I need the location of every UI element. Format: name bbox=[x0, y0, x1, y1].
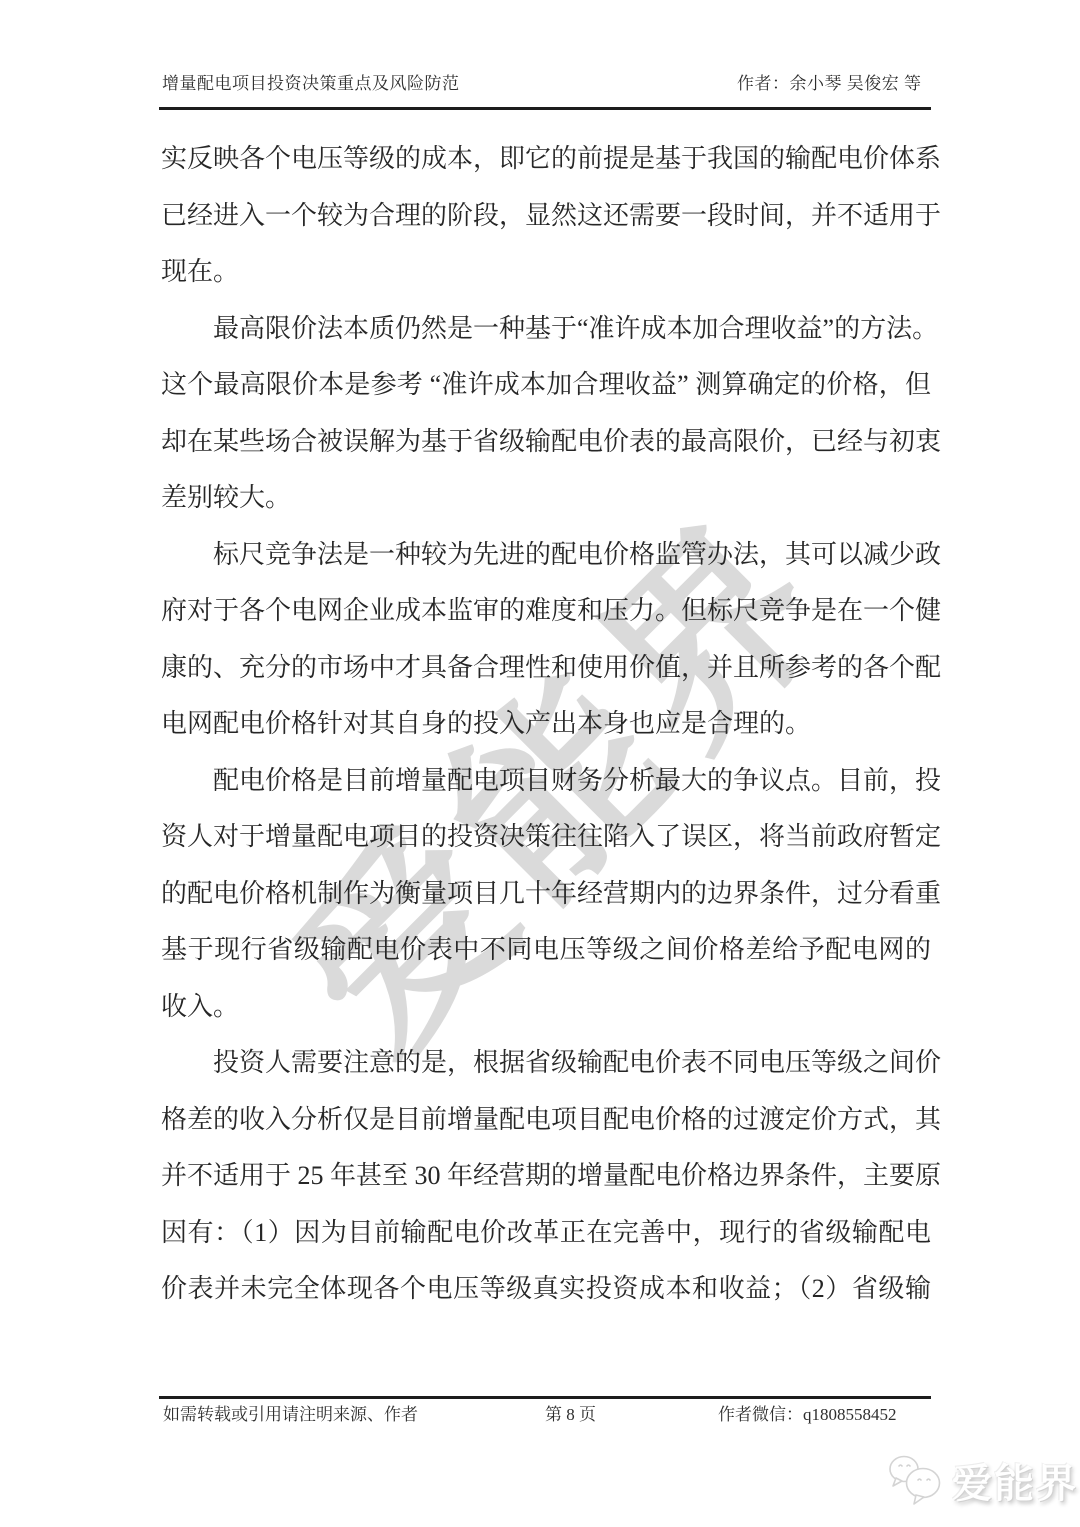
body-line: 收入。 bbox=[161, 979, 931, 1036]
document-page: 增量配电项目投资决策重点及风险防范 作者：余小琴 吴俊宏 等 爱能界 实反映各个… bbox=[0, 0, 1080, 1527]
page-number: 第 8 页 bbox=[545, 1404, 596, 1426]
body-line: 资人对于增量配电项目的投资决策往往陷入了误区，将当前政府暂定 bbox=[161, 809, 931, 866]
body-line: 基于现行省级输配电价表中不同电压等级之间价格差给予配电网的 bbox=[161, 922, 931, 979]
body-line: 格差的收入分析仅是目前增量配电项目配电价格的过渡定价方式，其 bbox=[161, 1092, 931, 1149]
body-line: 现在。 bbox=[161, 244, 931, 301]
chat-bubbles-icon bbox=[886, 1451, 946, 1509]
body-line: 因有：（1）因为目前输配电价改革正在完善中，现行的省级输配电 bbox=[161, 1205, 931, 1262]
body-line: 差别较大。 bbox=[161, 470, 931, 527]
body-line: 的配电价格机制作为衡量项目几十年经营期内的边界条件，过分看重 bbox=[161, 866, 931, 923]
body-line: 投资人需要注意的是，根据省级输配电价表不同电压等级之间价 bbox=[161, 1035, 931, 1092]
body-line: 康的、充分的市场中才具备合理性和使用价值，并且所参考的各个配 bbox=[161, 640, 931, 697]
footer-note: 如需转载或引用请注明来源、作者 bbox=[163, 1404, 418, 1426]
page-header-author: 作者：余小琴 吴俊宏 等 bbox=[737, 74, 922, 94]
body-line: 实反映各个电压等级的成本，即它的前提是基于我国的输配电价体系 bbox=[161, 131, 931, 188]
body-line: 最高限价法本质仍然是一种基于“准许成本加合理收益”的方法。 bbox=[161, 301, 931, 358]
body-line: 却在某些场合被误解为基于省级输配电价表的最高限价，已经与初衷 bbox=[161, 414, 931, 471]
page-header-title: 增量配电项目投资决策重点及风险防范 bbox=[162, 74, 460, 94]
body-line: 标尺竞争法是一种较为先进的配电价格监管办法，其可以减少政 bbox=[161, 527, 931, 584]
brand-logo: 爱能界 bbox=[886, 1451, 1078, 1509]
footer-wechat: 作者微信：q1808558452 bbox=[718, 1404, 897, 1426]
body-line: 并不适用于 25 年甚至 30 年经营期的增量配电价格边界条件，主要原 bbox=[161, 1148, 931, 1205]
body-line: 电网配电价格针对其自身的投入产出本身也应是合理的。 bbox=[161, 696, 931, 753]
header-rule bbox=[159, 107, 931, 110]
footer-rule bbox=[159, 1396, 931, 1399]
body-line: 价表并未完全体现各个电压等级真实投资成本和收益；（2）省级输 bbox=[161, 1261, 931, 1318]
body-line: 配电价格是目前增量配电项目财务分析最大的争议点。目前，投 bbox=[161, 753, 931, 810]
body-text: 实反映各个电压等级的成本，即它的前提是基于我国的输配电价体系已经进入一个较为合理… bbox=[161, 131, 931, 1318]
brand-logo-text: 爱能界 bbox=[952, 1452, 1078, 1509]
body-line: 已经进入一个较为合理的阶段，显然这还需要一段时间，并不适用于 bbox=[161, 188, 931, 245]
body-line: 这个最高限价本是参考 “准许成本加合理收益” 测算确定的价格，但 bbox=[161, 357, 931, 414]
body-line: 府对于各个电网企业成本监审的难度和压力。但标尺竞争是在一个健 bbox=[161, 583, 931, 640]
